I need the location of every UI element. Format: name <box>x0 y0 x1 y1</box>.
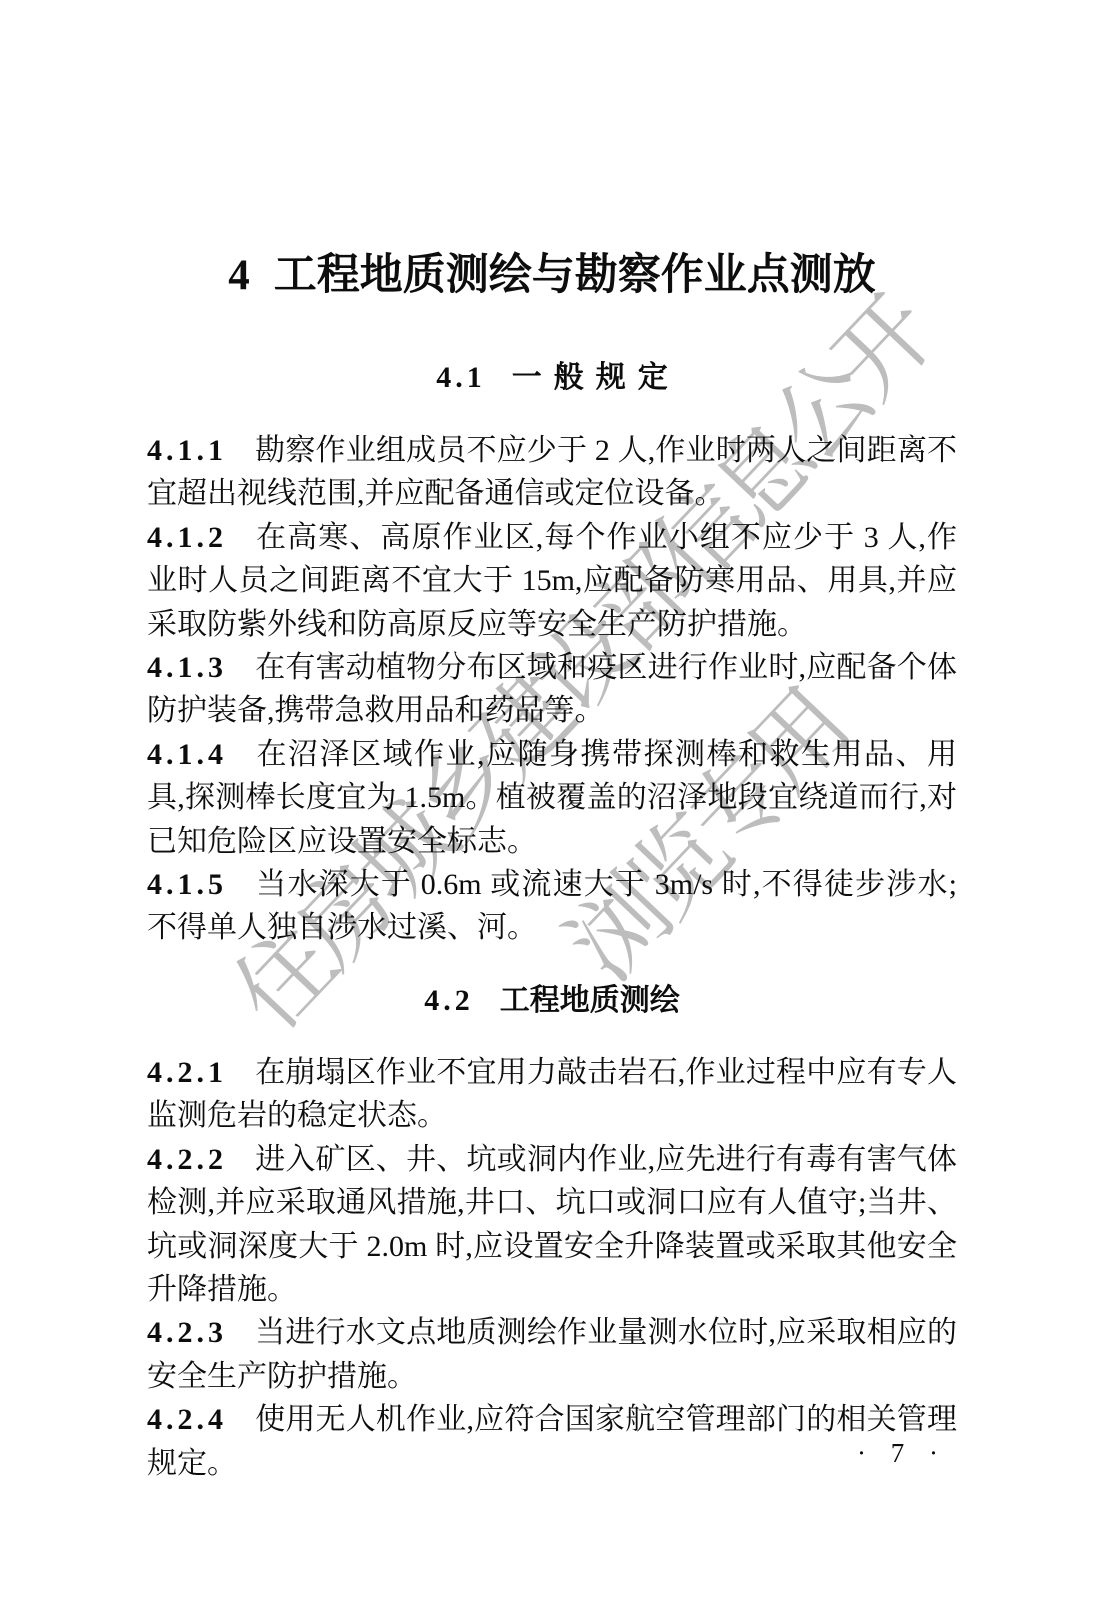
section-heading-4-2: 4.2工程地质测绘 <box>147 984 957 1018</box>
section-title-4-1: 一般规定 <box>512 361 680 394</box>
page-number: · 7 · <box>857 1438 947 1468</box>
clause-4-1-2: 4.1.2在高寒、高原作业区,每个作业小组不应少于 3 人,作业时人员之间距离不… <box>147 516 957 646</box>
clause-text: 当进行水文点地质测绘作业量测水位时,应采取相应的安全生产防护措施。 <box>147 1316 957 1392</box>
clause-4-1-4: 4.1.4在沼泽区域作业,应随身携带探测棒和救生用品、用具,探测棒长度宜为 1.… <box>147 733 957 863</box>
clause-4-2-4: 4.2.4使用无人机作业,应符合国家航空管理部门的相关管理规定。 <box>147 1398 957 1485</box>
clause-text: 勘察作业组成员不应少于 2 人,作业时两人之间距离不宜超出视线范围,并应配备通信… <box>147 434 957 510</box>
clause-number: 4.2.3 <box>147 1316 227 1349</box>
clause-number: 4.2.2 <box>147 1143 227 1176</box>
clause-number: 4.2.1 <box>147 1056 227 1089</box>
chapter-title-text: 工程地质测绘与勘察作业点测放 <box>274 252 876 299</box>
chapter-title: 4工程地质测绘与勘察作业点测放 <box>147 250 957 302</box>
page-content: 4工程地质测绘与勘察作业点测放 4.1一般规定 4.1.1勘察作业组成员不应少于… <box>147 0 957 1598</box>
section-number-4-2: 4.2 <box>424 984 474 1017</box>
clause-text: 在崩塌区作业不宜用力敲击岩石,作业过程中应有专人监测危岩的稳定状态。 <box>147 1056 957 1132</box>
section-title-4-2: 工程地质测绘 <box>500 984 680 1017</box>
clause-number: 4.1.5 <box>147 868 227 901</box>
clause-number: 4.1.2 <box>147 521 227 554</box>
clause-text: 进入矿区、井、坑或洞内作业,应先进行有毒有害气体检测,并应采取通风措施,井口、坑… <box>147 1143 957 1306</box>
chapter-number: 4 <box>228 252 252 299</box>
clause-4-1-1: 4.1.1勘察作业组成员不应少于 2 人,作业时两人之间距离不宜超出视线范围,并… <box>147 429 957 516</box>
section-heading-4-1: 4.1一般规定 <box>147 361 957 395</box>
clause-text: 使用无人机作业,应符合国家航空管理部门的相关管理规定。 <box>147 1403 957 1479</box>
section-4-2-clauses: 4.2.1在崩塌区作业不宜用力敲击岩石,作业过程中应有专人监测危岩的稳定状态。 … <box>147 1051 957 1485</box>
clause-text: 当水深大于 0.6m 或流速大于 3m/s 时,不得徒步涉水;不得单人独自涉水过… <box>147 868 957 944</box>
section-number-4-1: 4.1 <box>436 361 486 394</box>
clause-4-2-1: 4.2.1在崩塌区作业不宜用力敲击岩石,作业过程中应有专人监测危岩的稳定状态。 <box>147 1051 957 1138</box>
clause-text: 在高寒、高原作业区,每个作业小组不应少于 3 人,作业时人员之间距离不宜大于 1… <box>147 521 957 641</box>
document-page: 住房城乡建设部信息公开 浏览专用 4工程地质测绘与勘察作业点测放 4.1一般规定… <box>0 0 1102 1598</box>
clause-number: 4.1.3 <box>147 651 227 684</box>
section-4-1-clauses: 4.1.1勘察作业组成员不应少于 2 人,作业时两人之间距离不宜超出视线范围,并… <box>147 429 957 950</box>
clause-number: 4.2.4 <box>147 1403 227 1436</box>
clause-4-1-5: 4.1.5当水深大于 0.6m 或流速大于 3m/s 时,不得徒步涉水;不得单人… <box>147 863 957 950</box>
clause-text: 在沼泽区域作业,应随身携带探测棒和救生用品、用具,探测棒长度宜为 1.5m。植被… <box>147 738 957 858</box>
clause-number: 4.1.1 <box>147 434 227 467</box>
clause-4-1-3: 4.1.3在有害动植物分布区域和疫区进行作业时,应配备个体防护装备,携带急救用品… <box>147 646 957 733</box>
clause-4-2-2: 4.2.2进入矿区、井、坑或洞内作业,应先进行有毒有害气体检测,并应采取通风措施… <box>147 1138 957 1312</box>
clause-number: 4.1.4 <box>147 738 227 771</box>
clause-text: 在有害动植物分布区域和疫区进行作业时,应配备个体防护装备,携带急救用品和药品等。 <box>147 651 957 727</box>
clause-4-2-3: 4.2.3当进行水文点地质测绘作业量测水位时,应采取相应的安全生产防护措施。 <box>147 1311 957 1398</box>
